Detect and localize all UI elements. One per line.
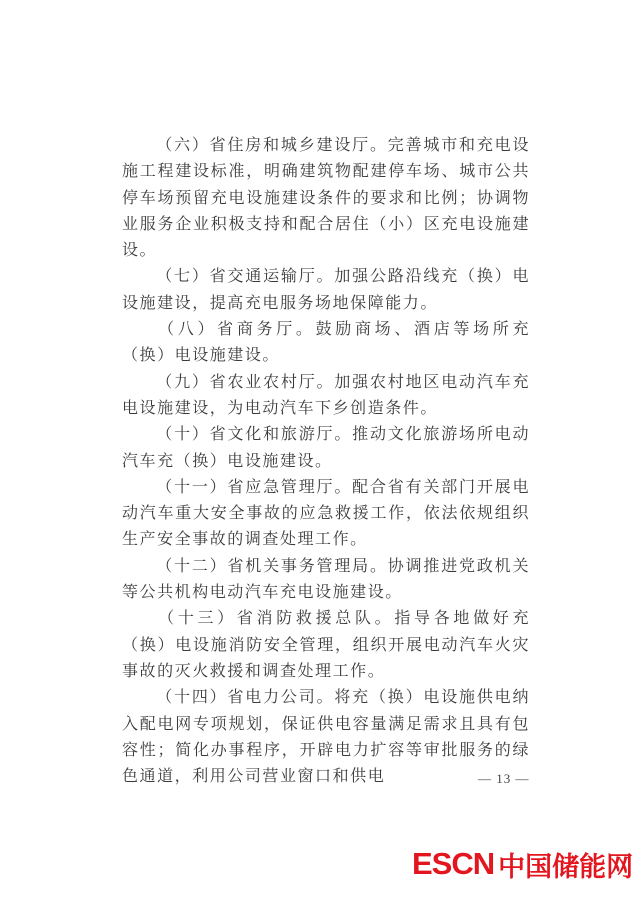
paragraph-text: （八）省商务厅。鼓励商场、酒店等场所充（换）电设施建设。 xyxy=(122,319,530,364)
paragraph-text: （十二）省机关事务管理局。协调推进党政机关等公共机构电动汽车充电设施建设。 xyxy=(122,556,530,601)
paragraph-agriculture-dept: （九）省农业农村厅。加强农村地区电动汽车充电设施建设，为电动汽车下乡创造条件。 xyxy=(122,369,530,422)
paragraph-housing-dept: （六）省住房和城乡建设厅。完善城市和充电设施工程建设标准，明确建筑物配建停车场、… xyxy=(122,132,530,263)
paragraph-text: （十）省文化和旅游厅。推动文化旅游场所电动汽车充（换）电设施建设。 xyxy=(122,424,530,469)
paragraph-power-company: （十四）省电力公司。将充（换）电设施供电纳入配电网专项规划，保证供电容量满足需求… xyxy=(122,684,530,789)
paragraph-text: （十三）省消防救援总队。指导各地做好充（换）电设施消防安全管理，组织开展电动汽车… xyxy=(122,608,530,680)
page-number: — 13 — xyxy=(478,771,530,787)
paragraph-text: （十四）省电力公司。将充（换）电设施供电纳入配电网专项规划，保证供电容量满足需求… xyxy=(122,687,530,785)
paragraph-commerce-dept: （八）省商务厅。鼓励商场、酒店等场所充（换）电设施建设。 xyxy=(122,316,530,369)
paragraph-text: （九）省农业农村厅。加强农村地区电动汽车充电设施建设，为电动汽车下乡创造条件。 xyxy=(122,372,530,417)
paragraph-fire-rescue: （十三）省消防救援总队。指导各地做好充（换）电设施消防安全管理，组织开展电动汽车… xyxy=(122,605,530,684)
paragraph-culture-tourism-dept: （十）省文化和旅游厅。推动文化旅游场所电动汽车充（换）电设施建设。 xyxy=(122,421,530,474)
paragraph-government-affairs: （十二）省机关事务管理局。协调推进党政机关等公共机构电动汽车充电设施建设。 xyxy=(122,553,530,606)
document-body: （六）省住房和城乡建设厅。完善城市和充电设施工程建设标准，明确建筑物配建停车场、… xyxy=(122,132,530,789)
paragraph-emergency-dept: （十一）省应急管理厅。配合省有关部门开展电动汽车重大安全事故的应急救援工作，依法… xyxy=(122,474,530,553)
paragraph-text: （十一）省应急管理厅。配合省有关部门开展电动汽车重大安全事故的应急救援工作，依法… xyxy=(122,477,530,549)
paragraph-transport-dept: （七）省交通运输厅。加强公路沿线充（换）电设施建设，提高充电服务场地保障能力。 xyxy=(122,263,530,316)
paragraph-text: （七）省交通运输厅。加强公路沿线充（换）电设施建设，提高充电服务场地保障能力。 xyxy=(122,266,530,311)
escn-watermark-logo: ESCN 中国储能网 xyxy=(412,849,633,879)
logo-latin-text: ESCN xyxy=(412,846,494,882)
paragraph-text: （六）省住房和城乡建设厅。完善城市和充电设施工程建设标准，明确建筑物配建停车场、… xyxy=(122,135,530,259)
logo-chinese-text: 中国储能网 xyxy=(498,845,633,884)
